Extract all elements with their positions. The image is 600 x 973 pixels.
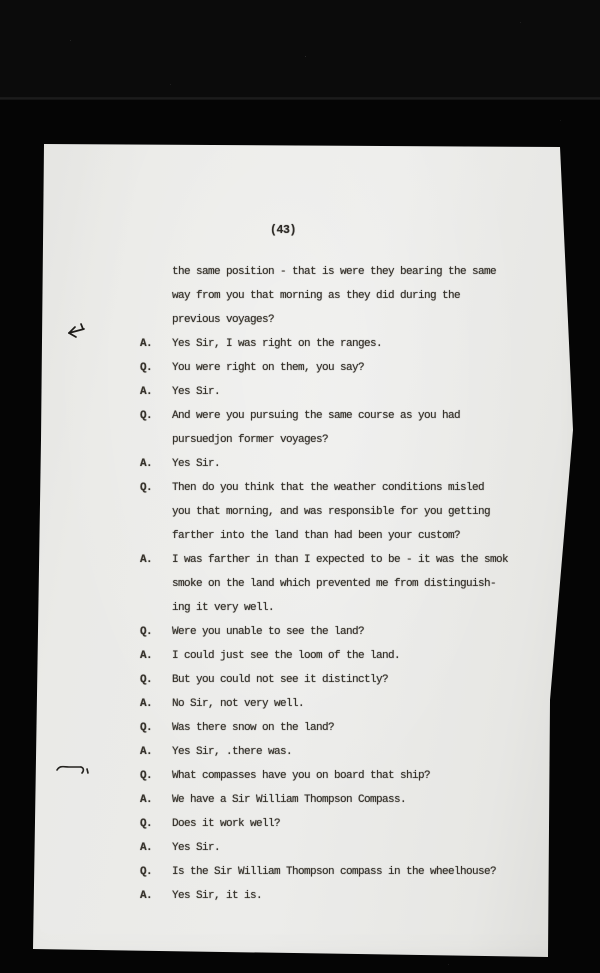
transcript-row: A.Yes Sir, .there was.	[140, 740, 540, 764]
transcript-row: previous voyages?	[140, 308, 540, 332]
scanned-page: (43) the same position - that is were th…	[0, 0, 600, 973]
transcript-row: ing it very well.	[140, 596, 540, 620]
line-text: Yes Sir, .there was.	[172, 746, 292, 758]
handwritten-arrow-icon	[64, 322, 86, 341]
speaker-label: A.	[140, 332, 172, 356]
line-text: pursuedjon former voyages?	[172, 434, 328, 446]
line-text: I was farther in than I expected to be -…	[172, 554, 508, 566]
transcript-row: A.Yes Sir.	[140, 452, 540, 476]
line-text: previous voyages?	[172, 314, 274, 326]
line-text: ing it very well.	[172, 602, 274, 614]
line-text: We have a Sir William Thompson Compass.	[172, 794, 406, 806]
speaker-label: Q.	[140, 716, 172, 740]
film-band	[0, 0, 600, 98]
transcript-row: Q.Does it work well?	[140, 812, 540, 836]
transcript-row: Q.You were right on them, you say?	[140, 356, 540, 380]
transcript-row: way from you that morning as they did du…	[140, 284, 540, 308]
transcript-row: pursuedjon former voyages?	[140, 428, 540, 452]
line-text: Is the Sir William Thompson compass in t…	[172, 866, 496, 878]
line-text: Yes Sir, it is.	[172, 890, 262, 902]
line-text: I could just see the loom of the land.	[172, 650, 400, 662]
transcript-row: A.No Sir, not very well.	[140, 692, 540, 716]
line-text: Then do you think that the weather condi…	[172, 482, 484, 494]
handwritten-dash-arrow-icon	[56, 761, 90, 776]
speaker-label: A.	[140, 644, 172, 668]
line-text: Yes Sir.	[172, 842, 220, 854]
line-text: No Sir, not very well.	[172, 698, 304, 710]
speaker-label: A.	[140, 692, 172, 716]
transcript-text-block: the same position - that is were they be…	[140, 260, 540, 908]
transcript-row: Q.Is the Sir William Thompson compass in…	[140, 860, 540, 884]
transcript-row: A.Yes Sir.	[140, 836, 540, 860]
line-text: And were you pursuing the same course as…	[172, 410, 460, 422]
transcript-row: Q.Were you unable to see the land?	[140, 620, 540, 644]
transcript-row: A.Yes Sir, it is.	[140, 884, 540, 908]
transcript-row: Q.Was there snow on the land?	[140, 716, 540, 740]
speaker-label: A.	[140, 788, 172, 812]
speaker-label: Q.	[140, 860, 172, 884]
speaker-label: Q.	[140, 356, 172, 380]
transcript-row: A.I was farther in than I expected to be…	[140, 548, 540, 572]
speaker-label: A.	[140, 380, 172, 404]
speaker-label: Q.	[140, 812, 172, 836]
transcript-row: A.Yes Sir, I was right on the ranges.	[140, 332, 540, 356]
line-text: Yes Sir, I was right on the ranges.	[172, 338, 382, 350]
line-text: the same position - that is were they be…	[172, 266, 496, 278]
film-dust-specks	[0, 0, 1, 1]
line-text: smoke on the land which prevented me fro…	[172, 578, 496, 590]
speaker-label: Q.	[140, 764, 172, 788]
line-text: way from you that morning as they did du…	[172, 290, 460, 302]
microfilm-frame: (43) the same position - that is were th…	[0, 0, 600, 973]
speaker-label: A.	[140, 548, 172, 572]
line-text: farther into the land than had been your…	[172, 530, 460, 542]
line-text: Were you unable to see the land?	[172, 626, 364, 638]
line-text: You were right on them, you say?	[172, 362, 364, 374]
speaker-label: Q.	[140, 620, 172, 644]
line-text: you that morning, and was responsible fo…	[172, 506, 490, 518]
speaker-label: A.	[140, 740, 172, 764]
line-text: Does it work well?	[172, 818, 280, 830]
speaker-label: Q.	[140, 668, 172, 692]
transcript-row: smoke on the land which prevented me fro…	[140, 572, 540, 596]
transcript-row: Q.And were you pursuing the same course …	[140, 404, 540, 428]
speaker-label: Q.	[140, 404, 172, 428]
transcript-row: Q.But you could not see it distinctly?	[140, 668, 540, 692]
film-frame-seam	[0, 97, 600, 100]
line-text: Yes Sir.	[172, 386, 220, 398]
line-text: Was there snow on the land?	[172, 722, 334, 734]
transcript-row: A.We have a Sir William Thompson Compass…	[140, 788, 540, 812]
line-text: What compasses have you on board that sh…	[172, 770, 430, 782]
speaker-label: A.	[140, 452, 172, 476]
speaker-label: A.	[140, 836, 172, 860]
transcript-row: A.Yes Sir.	[140, 380, 540, 404]
transcript-row: the same position - that is were they be…	[140, 260, 540, 284]
speaker-label: Q.	[140, 476, 172, 500]
transcript-row: Q.Then do you think that the weather con…	[140, 476, 540, 500]
line-text: Yes Sir.	[172, 458, 220, 470]
transcript-row: Q.What compasses have you on board that …	[140, 764, 540, 788]
transcript-row: farther into the land than had been your…	[140, 524, 540, 548]
speaker-label: A.	[140, 884, 172, 908]
line-text: But you could not see it distinctly?	[172, 674, 388, 686]
page-number: (43)	[270, 224, 296, 237]
transcript-row: you that morning, and was responsible fo…	[140, 500, 540, 524]
transcript-row: A.I could just see the loom of the land.	[140, 644, 540, 668]
